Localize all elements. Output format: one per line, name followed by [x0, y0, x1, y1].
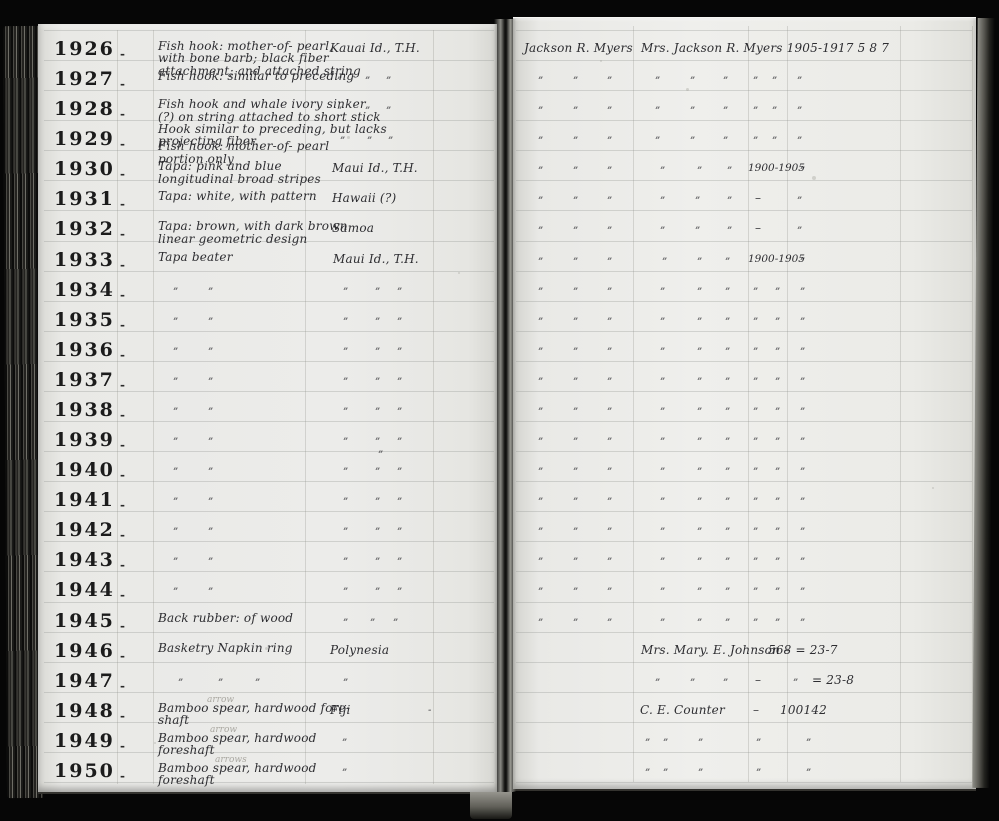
ditto-mark: ”	[800, 558, 805, 568]
row-dash: -	[120, 438, 125, 452]
ditto-mark: ”	[772, 107, 777, 117]
ditto-mark: ”	[723, 77, 728, 87]
ditto-mark: ”	[178, 679, 183, 689]
item-description: Fish hook: similar to preceding	[158, 70, 354, 82]
ditto-mark: ”	[538, 558, 543, 568]
catalog-number: 1937	[54, 369, 115, 391]
ditto-mark: ”	[753, 107, 758, 117]
ditto-mark: ”	[397, 348, 402, 358]
ditto-mark: ”	[660, 227, 665, 237]
ditto-mark: ”	[800, 468, 805, 478]
ditto-mark: ”	[697, 258, 702, 268]
ditto-mark: ”	[607, 137, 612, 147]
catalog-number: 1928	[54, 98, 115, 120]
ditto-mark: ”	[727, 197, 732, 207]
ditto-mark: ”	[343, 498, 348, 508]
catalog-number: 1933	[54, 249, 115, 271]
ditto-mark: ”	[573, 318, 578, 328]
ditto-mark: ”	[173, 558, 178, 568]
row-dash: -	[120, 137, 125, 151]
ditto-mark: ”	[806, 739, 811, 749]
description-line: Tapa: brown, with dark brown	[158, 220, 348, 232]
ditto-mark: ”	[772, 77, 777, 87]
catalog-number: 1948	[54, 700, 115, 722]
ditto-mark: ”	[173, 468, 178, 478]
ditto-mark: ”	[607, 498, 612, 508]
ditto-mark: ”	[775, 498, 780, 508]
ditto-mark: ”	[388, 137, 393, 147]
ditto-mark: ”	[655, 679, 660, 689]
ditto-mark: ”	[725, 258, 730, 268]
ditto-mark: ”	[607, 107, 612, 117]
ditto-mark: ”	[753, 318, 758, 328]
ditto-mark: ”	[397, 408, 402, 418]
ditto-mark: ”	[607, 408, 612, 418]
ditto-mark: ”	[697, 619, 702, 629]
ditto-mark: ”	[538, 107, 543, 117]
stray-mark: -	[428, 706, 431, 716]
ditto-mark: ”	[573, 77, 578, 87]
description-line: Basketry Napkin ring	[158, 642, 293, 654]
locality: Fiji	[330, 703, 351, 717]
ditto-mark: ”	[723, 137, 728, 147]
ditto-mark: ”	[375, 528, 380, 538]
row-dash: -	[120, 197, 125, 211]
row-dash: -	[120, 378, 125, 392]
ditto-mark: ”	[573, 408, 578, 418]
ditto-mark: ”	[723, 107, 728, 117]
pencil-annotation: arrows	[215, 755, 247, 765]
ditto-mark: ”	[690, 137, 695, 147]
ditto-mark: ”	[725, 619, 730, 629]
ditto-mark: ”	[725, 588, 730, 598]
ditto-mark: ”	[800, 619, 805, 629]
ditto-mark: ”	[725, 378, 730, 388]
ditto-mark: ”	[208, 558, 213, 568]
ditto-mark: ”	[697, 408, 702, 418]
ditto-mark: ”	[690, 107, 695, 117]
ditto-mark: ”	[660, 498, 665, 508]
ditto-mark: ”	[756, 739, 761, 749]
ditto-mark: ”	[397, 288, 402, 298]
ditto-mark: ”	[607, 619, 612, 629]
entry-cell: –	[755, 191, 761, 205]
ditto-mark: ”	[343, 528, 348, 538]
ditto-mark: ”	[375, 558, 380, 568]
item-description: Bamboo spear, hardwood fore-shaft	[158, 702, 350, 727]
ditto-mark: ”	[800, 348, 805, 358]
catalog-number: 1946	[54, 640, 115, 662]
ditto-mark: ”	[386, 107, 391, 117]
ditto-mark: ”	[397, 378, 402, 388]
catalog-number: 1939	[54, 429, 115, 451]
description-line: Tapa: white, with pattern	[158, 190, 317, 202]
ditto-mark: ”	[725, 468, 730, 478]
entry-cell: 1900-1905	[748, 162, 805, 174]
entry-cell: 1900-1905	[748, 253, 805, 265]
ditto-mark: ”	[645, 739, 650, 749]
ditto-mark: ”	[753, 378, 758, 388]
ditto-mark: ”	[607, 378, 612, 388]
ditto-mark: ”	[573, 107, 578, 117]
ditto-mark: ”	[725, 408, 730, 418]
entry-cell: 100142	[780, 703, 827, 717]
ditto-mark: ”	[393, 619, 398, 629]
ditto-mark: ”	[365, 77, 370, 87]
ditto-mark: ”	[797, 137, 802, 147]
row-dash: -	[120, 258, 125, 272]
description-line: Fish hook: similar to preceding	[158, 70, 354, 82]
ditto-mark: ”	[397, 318, 402, 328]
entry-cell: 568 = 23-7	[768, 643, 838, 657]
locality: Maui Id., T.H.	[333, 252, 419, 266]
ledger-spread: 1926-Fish hook: mother-of- pearl,with bo…	[0, 0, 999, 821]
ditto-mark: ”	[573, 167, 578, 177]
ditto-mark: ”	[375, 468, 380, 478]
ditto-mark: ”	[753, 498, 758, 508]
ditto-mark: ”	[375, 408, 380, 418]
catalog-number: 1930	[54, 158, 115, 180]
ditto-mark: ”	[538, 408, 543, 418]
ditto-mark: ”	[208, 288, 213, 298]
ditto-mark: ”	[697, 167, 702, 177]
ditto-mark: ”	[397, 588, 402, 598]
ditto-mark: ”	[697, 468, 702, 478]
ditto-mark: ”	[375, 438, 380, 448]
ditto-mark: ”	[698, 769, 703, 779]
ditto-mark: ”	[797, 197, 802, 207]
ditto-mark: ”	[806, 769, 811, 779]
ditto-mark: ”	[538, 498, 543, 508]
ditto-mark: ”	[753, 288, 758, 298]
ditto-mark: ”	[375, 378, 380, 388]
row-dash: -	[120, 318, 125, 332]
catalog-number: 1945	[54, 610, 115, 632]
ditto-mark: ”	[800, 288, 805, 298]
ditto-mark: ”	[663, 769, 668, 779]
ditto-mark: ”	[697, 318, 702, 328]
ditto-mark: ”	[538, 288, 543, 298]
entry-cell: Jackson R. Myers	[524, 41, 633, 55]
ditto-mark: ”	[660, 438, 665, 448]
catalog-number: 1938	[54, 399, 115, 421]
ditto-mark: ”	[800, 318, 805, 328]
ditto-mark: ”	[208, 378, 213, 388]
locality: Kauai Id., T.H.	[330, 41, 420, 55]
catalog-number: 1944	[54, 579, 115, 601]
ditto-mark: ”	[723, 679, 728, 689]
description-line: Fish hook: mother-of- pearl	[158, 140, 329, 152]
ditto-mark: ”	[753, 348, 758, 358]
ditto-mark: ”	[800, 438, 805, 448]
ditto-mark: ”	[660, 588, 665, 598]
ditto-mark: ”	[538, 528, 543, 538]
catalog-number: 1947	[54, 670, 115, 692]
ditto-mark: ”	[173, 348, 178, 358]
ditto-mark: ”	[538, 318, 543, 328]
ditto-mark: ”	[697, 498, 702, 508]
ditto-mark: ”	[208, 408, 213, 418]
ditto-mark: ”	[697, 588, 702, 598]
row-dash: -	[120, 769, 125, 783]
ditto-mark: ”	[573, 558, 578, 568]
row-dash: -	[120, 167, 125, 181]
rows-layer: 1926-Fish hook: mother-of- pearl,with bo…	[0, 0, 999, 821]
description-line: Back rubber: of wood	[158, 612, 293, 624]
ditto-mark: ”	[367, 137, 372, 147]
catalog-number: 1942	[54, 519, 115, 541]
locality: Polynesia	[330, 643, 389, 657]
row-dash: -	[120, 408, 125, 422]
entry-cell: = 23-8	[812, 673, 854, 687]
row-dash: -	[120, 288, 125, 302]
ditto-mark: ”	[173, 288, 178, 298]
ditto-mark: ”	[173, 438, 178, 448]
ditto-mark: ”	[775, 438, 780, 448]
ditto-mark: ”	[208, 348, 213, 358]
ditto-mark: ”	[800, 528, 805, 538]
ditto-mark: ”	[573, 498, 578, 508]
ditto-mark: ”	[397, 468, 402, 478]
row-dash: -	[120, 679, 125, 693]
ditto-mark: ”	[756, 769, 761, 779]
entry-cell: C. E. Counter	[640, 703, 725, 717]
row-dash: -	[120, 558, 125, 572]
ditto-mark: ”	[573, 378, 578, 388]
row-dash: -	[120, 649, 125, 663]
ditto-mark: ”	[697, 378, 702, 388]
row-dash: -	[120, 619, 125, 633]
ditto-mark: ”	[660, 619, 665, 629]
item-description: Bamboo spear, hardwoodforeshaft	[158, 762, 317, 787]
ditto-mark: ”	[208, 528, 213, 538]
ditto-mark: ”	[725, 318, 730, 328]
ditto-mark: ”	[607, 318, 612, 328]
description-line: shaft	[158, 714, 350, 726]
ditto-mark: ”	[538, 378, 543, 388]
ditto-mark: ”	[793, 679, 798, 689]
ditto-mark: ”	[208, 468, 213, 478]
ditto-mark: ”	[660, 348, 665, 358]
ditto-mark: ”	[753, 137, 758, 147]
row-dash: -	[120, 227, 125, 241]
entry-cell: –	[755, 673, 761, 687]
ditto-mark: ”	[375, 288, 380, 298]
row-dash: -	[120, 588, 125, 602]
ditto-mark: ”	[173, 318, 178, 328]
ditto-mark: ”	[775, 348, 780, 358]
ditto-mark: ”	[607, 197, 612, 207]
ditto-mark: ”	[727, 167, 732, 177]
pencil-annotation: arrow	[207, 695, 234, 705]
ditto-mark: ”	[800, 498, 805, 508]
ditto-mark: ”	[208, 498, 213, 508]
ditto-mark: ”	[397, 558, 402, 568]
ditto-mark: ”	[607, 288, 612, 298]
ditto-mark: ”	[343, 348, 348, 358]
ditto-mark: ”	[607, 77, 612, 87]
ditto-mark: ”	[397, 528, 402, 538]
ditto-mark: ”	[343, 408, 348, 418]
row-dash: -	[120, 77, 125, 91]
ditto-mark: ”	[375, 588, 380, 598]
row-dash: -	[120, 528, 125, 542]
ditto-mark: ”	[725, 558, 730, 568]
ditto-mark: ”	[753, 468, 758, 478]
ditto-mark: ”	[607, 167, 612, 177]
ditto-mark: ”	[775, 378, 780, 388]
catalog-number: 1929	[54, 128, 115, 150]
ditto-mark: ”	[375, 318, 380, 328]
ditto-mark: ”	[343, 619, 348, 629]
ditto-mark: ”	[538, 77, 543, 87]
ditto-mark: ”	[208, 438, 213, 448]
ditto-mark: ”	[607, 227, 612, 237]
ditto-mark: ”	[800, 378, 805, 388]
ditto-mark: ”	[607, 258, 612, 268]
ditto-mark: ”	[573, 348, 578, 358]
locality: Hawaii (?)	[332, 191, 396, 205]
ditto-mark: ”	[775, 288, 780, 298]
ditto-mark: ”	[607, 558, 612, 568]
ditto-mark: ”	[697, 288, 702, 298]
catalog-number: 1932	[54, 218, 115, 240]
ditto-mark: ”	[697, 558, 702, 568]
description-line: foreshaft	[158, 774, 317, 786]
catalog-number: 1935	[54, 309, 115, 331]
row-dash: -	[120, 739, 125, 753]
ditto-mark: ”	[655, 107, 660, 117]
description-line: linear geometric design	[158, 233, 348, 245]
description-line: Tapa beater	[158, 251, 233, 263]
ditto-mark: ”	[660, 378, 665, 388]
ditto-mark: ”	[697, 528, 702, 538]
catalog-number: 1941	[54, 489, 115, 511]
description-line: Fish hook and whale ivory sinker	[158, 98, 387, 110]
ditto-mark: ”	[697, 438, 702, 448]
ditto-mark: ”	[725, 498, 730, 508]
ditto-mark: ”	[775, 468, 780, 478]
ditto-mark: ”	[660, 197, 665, 207]
ditto-mark: ”	[375, 498, 380, 508]
catalog-number: 1940	[54, 459, 115, 481]
ditto-mark: ”	[375, 348, 380, 358]
ditto-mark: ”	[660, 318, 665, 328]
ditto-mark: ”	[343, 588, 348, 598]
ditto-mark: ”	[538, 227, 543, 237]
ditto-mark: ”	[386, 77, 391, 87]
ditto-mark: ”	[725, 288, 730, 298]
ditto-mark: ”	[697, 348, 702, 358]
ditto-mark: ”	[343, 438, 348, 448]
ditto-mark: ”	[573, 288, 578, 298]
ditto-mark: ”	[655, 77, 660, 87]
ditto-mark: ”	[775, 558, 780, 568]
ditto-mark: ”	[797, 107, 802, 117]
row-dash: -	[120, 498, 125, 512]
ditto-mark: ”	[573, 197, 578, 207]
ditto-mark: ”	[725, 528, 730, 538]
ditto-mark: ”	[753, 438, 758, 448]
ditto-mark: ”	[538, 348, 543, 358]
ditto-mark: ”	[538, 137, 543, 147]
description-line: Tapa: pink and blue	[158, 160, 321, 172]
ditto-mark: ”	[727, 227, 732, 237]
item-description: Bamboo spear, hardwoodforeshaft	[158, 732, 317, 757]
ditto-mark: ”	[753, 588, 758, 598]
item-description: Tapa: brown, with dark brownlinear geome…	[158, 220, 348, 245]
ditto-mark: ”	[725, 348, 730, 358]
ditto-mark: ”	[662, 258, 667, 268]
catalog-number: 1931	[54, 188, 115, 210]
ditto-mark: ”	[660, 408, 665, 418]
ditto-mark: ”	[538, 468, 543, 478]
ditto-mark: ”	[538, 588, 543, 598]
ditto-mark: ”	[607, 348, 612, 358]
row-dash: -	[120, 107, 125, 121]
ditto-mark: ”	[538, 619, 543, 629]
ditto-mark: ”	[775, 408, 780, 418]
ditto-mark: ”	[607, 438, 612, 448]
catalog-number: 1934	[54, 279, 115, 301]
ditto-mark: ”	[663, 739, 668, 749]
item-description: Back rubber: of wood	[158, 612, 293, 624]
item-description: Tapa: pink and bluelongitudinal broad st…	[158, 160, 321, 185]
ditto-mark: ”	[573, 258, 578, 268]
description-line: longitudinal broad stripes	[158, 173, 321, 185]
row-dash: -	[120, 348, 125, 362]
entry-cell: Mrs. Jackson R. Myers 1905-1917 5 8 7	[641, 41, 889, 55]
ditto-mark: ”	[573, 438, 578, 448]
item-description: Tapa: white, with pattern	[158, 190, 317, 202]
ditto-mark: ”	[343, 679, 348, 689]
ditto-mark: ”	[753, 408, 758, 418]
item-description: Tapa beater	[158, 251, 233, 263]
ditto-mark: ”	[775, 619, 780, 629]
ditto-mark: ”	[607, 528, 612, 538]
ditto-mark: ”	[753, 77, 758, 87]
catalog-number: 1936	[54, 339, 115, 361]
ditto-mark: ”	[690, 679, 695, 689]
ditto-mark: ”	[573, 468, 578, 478]
stray-mark: ”	[378, 451, 383, 461]
ditto-mark: ”	[655, 137, 660, 147]
ditto-mark: ”	[725, 438, 730, 448]
ditto-mark: ”	[343, 318, 348, 328]
ditto-mark: ”	[173, 498, 178, 508]
ditto-mark: ”	[573, 227, 578, 237]
ditto-mark: ”	[337, 77, 342, 87]
catalog-number: 1927	[54, 68, 115, 90]
ditto-mark: ”	[800, 408, 805, 418]
ditto-mark: ”	[573, 588, 578, 598]
ditto-mark: ”	[173, 588, 178, 598]
item-description: Basketry Napkin ring	[158, 642, 293, 654]
ditto-mark: ”	[337, 107, 342, 117]
ditto-mark: ”	[797, 77, 802, 87]
ditto-mark: ”	[775, 318, 780, 328]
ditto-mark: ”	[255, 679, 260, 689]
entry-cell: –	[753, 703, 759, 717]
ditto-mark: ”	[698, 739, 703, 749]
ditto-mark: ”	[607, 588, 612, 598]
ditto-mark: ”	[342, 769, 347, 779]
ditto-mark: ”	[342, 739, 347, 749]
ditto-mark: ”	[607, 468, 612, 478]
locality: Maui Id., T.H.	[332, 161, 418, 175]
ditto-mark: ”	[538, 167, 543, 177]
ditto-mark: ”	[753, 619, 758, 629]
